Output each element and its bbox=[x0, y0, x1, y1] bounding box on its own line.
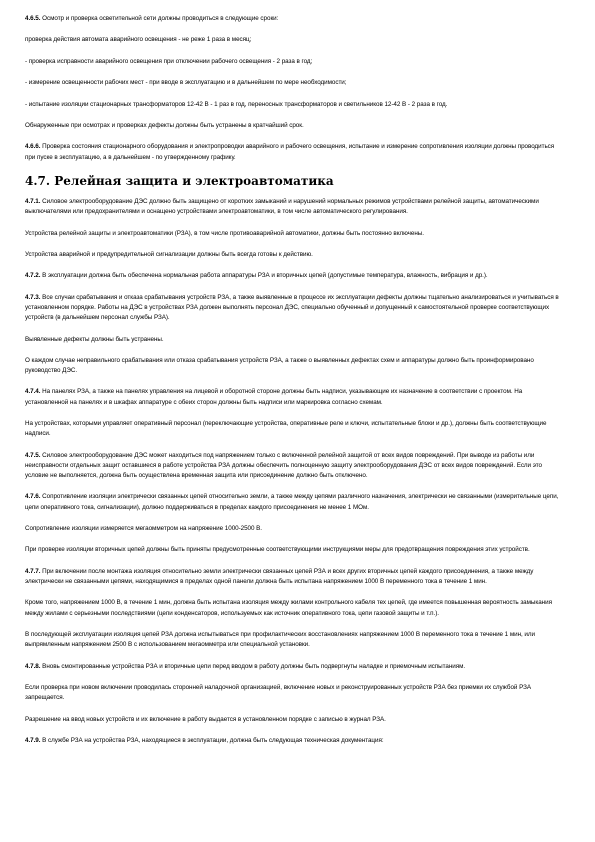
paragraph: - проверка исправности аварийного освеще… bbox=[25, 57, 565, 67]
paragraph-number: 4.7.8. bbox=[25, 663, 40, 670]
paragraph-text: Если проверка при новом включении провод… bbox=[25, 684, 531, 701]
paragraph: Сопротивление изоляции измеряется мегаом… bbox=[25, 524, 565, 534]
paragraph-text: Выявленные дефекты должны быть устранены… bbox=[25, 336, 164, 343]
paragraph: - испытание изоляции стационарных трансф… bbox=[25, 100, 565, 110]
paragraph: 4.7.4. На панелях РЗА, а также на панеля… bbox=[25, 387, 565, 407]
paragraph: 4.7.5. Силовое электрооборудование ДЭС м… bbox=[25, 451, 565, 482]
paragraph-text: Вновь смонтированные устройства РЗА и вт… bbox=[40, 663, 465, 670]
paragraph-number: 4.7.9. bbox=[25, 737, 40, 744]
paragraph: При проверке изоляции вторичных цепей до… bbox=[25, 545, 565, 555]
paragraph: 4.7.9. В службе РЗА на устройства РЗА, н… bbox=[25, 736, 565, 746]
paragraph: Устройства аварийной и предупредительной… bbox=[25, 250, 565, 260]
paragraph-text: - измерение освещенности рабочих мест - … bbox=[25, 79, 346, 86]
section-4-6-content: 4.6.5. Осмотр и проверка осветительной с… bbox=[25, 14, 565, 163]
paragraph: На устройствах, которыми управляет опера… bbox=[25, 419, 565, 439]
paragraph-text: Силовое электрооборудование ДЭС может на… bbox=[25, 452, 542, 479]
paragraph-text: Разрешение на ввод новых устройств и их … bbox=[25, 716, 386, 723]
paragraph: О каждом случае неправильного срабатыван… bbox=[25, 356, 565, 376]
paragraph: Обнаруженные при осмотрах и проверках де… bbox=[25, 121, 565, 131]
paragraph-text: Осмотр и проверка осветительной сети дол… bbox=[40, 15, 278, 22]
paragraph-text: О каждом случае неправильного срабатыван… bbox=[25, 357, 534, 374]
paragraph-text: проверка действия автомата аварийного ос… bbox=[25, 36, 251, 43]
section-heading-4-7: 4.7. Релейная защита и электроавтоматика bbox=[25, 174, 565, 188]
paragraph-number: 4.6.5. bbox=[25, 15, 40, 22]
paragraph-number: 4.7.5. bbox=[25, 452, 40, 459]
paragraph: Разрешение на ввод новых устройств и их … bbox=[25, 715, 565, 725]
paragraph: - измерение освещенности рабочих мест - … bbox=[25, 78, 565, 88]
paragraph-text: - испытание изоляции стационарных трансф… bbox=[25, 101, 447, 108]
paragraph-number: 4.7.4. bbox=[25, 388, 40, 395]
paragraph: 4.7.2. В эксплуатации должна быть обеспе… bbox=[25, 271, 565, 281]
paragraph-text: При включении после монтажа изоляция отн… bbox=[25, 568, 533, 585]
paragraph-text: Устройства релейной защиты и электроавто… bbox=[25, 230, 424, 237]
paragraph: Устройства релейной защиты и электроавто… bbox=[25, 229, 565, 239]
paragraph-number: 4.7.7. bbox=[25, 568, 40, 575]
paragraph-text: Устройства аварийной и предупредительной… bbox=[25, 251, 313, 258]
paragraph-text: Сопротивление изоляции электрически связ… bbox=[25, 493, 558, 510]
paragraph: 4.7.8. Вновь смонтированные устройства Р… bbox=[25, 662, 565, 672]
paragraph: Кроме того, напряжением 1000 В, в течени… bbox=[25, 598, 565, 618]
paragraph: проверка действия автомата аварийного ос… bbox=[25, 35, 565, 45]
section-4-7-content: 4.7.1. Силовое электрооборудование ДЭС д… bbox=[25, 197, 565, 746]
paragraph: Если проверка при новом включении провод… bbox=[25, 683, 565, 703]
paragraph-text: Проверка состояния стационарного оборудо… bbox=[25, 143, 554, 160]
paragraph-text: На устройствах, которыми управляет опера… bbox=[25, 420, 546, 437]
paragraph: В последующей эксплуатации изоляция цепе… bbox=[25, 630, 565, 650]
paragraph-text: - проверка исправности аварийного освеще… bbox=[25, 58, 312, 65]
paragraph-text: Обнаруженные при осмотрах и проверках де… bbox=[25, 122, 304, 129]
paragraph: Выявленные дефекты должны быть устранены… bbox=[25, 335, 565, 345]
paragraph-number: 4.7.2. bbox=[25, 272, 40, 279]
paragraph-text: Сопротивление изоляции измеряется мегаом… bbox=[25, 525, 262, 532]
paragraph-text: Кроме того, напряжением 1000 В, в течени… bbox=[25, 599, 552, 616]
paragraph: 4.7.7. При включении после монтажа изоля… bbox=[25, 567, 565, 587]
paragraph-text: Силовое электрооборудование ДЭС должно б… bbox=[25, 198, 539, 215]
paragraph-text: При проверке изоляции вторичных цепей до… bbox=[25, 546, 530, 553]
paragraph-number: 4.7.1. bbox=[25, 198, 40, 205]
paragraph-number: 4.7.3. bbox=[25, 294, 40, 301]
paragraph-text: В эксплуатации должна быть обеспечена но… bbox=[40, 272, 487, 279]
paragraph: 4.7.1. Силовое электрооборудование ДЭС д… bbox=[25, 197, 565, 217]
paragraph-text: На панелях РЗА, а также на панелях управ… bbox=[25, 388, 522, 405]
paragraph-text: В последующей эксплуатации изоляция цепе… bbox=[25, 631, 535, 648]
paragraph-text: В службе РЗА на устройства РЗА, находящи… bbox=[40, 737, 383, 744]
paragraph: 4.7.3. Все случаи срабатывания и отказа … bbox=[25, 293, 565, 324]
paragraph-number: 4.6.6. bbox=[25, 143, 40, 150]
paragraph: 4.6.6. Проверка состояния стационарного … bbox=[25, 142, 565, 162]
paragraph: 4.6.5. Осмотр и проверка осветительной с… bbox=[25, 14, 565, 24]
paragraph: 4.7.6. Сопротивление изоляции электричес… bbox=[25, 492, 565, 512]
paragraph-number: 4.7.6. bbox=[25, 493, 40, 500]
paragraph-text: Все случаи срабатывания и отказа срабаты… bbox=[25, 294, 559, 321]
document-page: 4.6.5. Осмотр и проверка осветительной с… bbox=[25, 14, 565, 757]
